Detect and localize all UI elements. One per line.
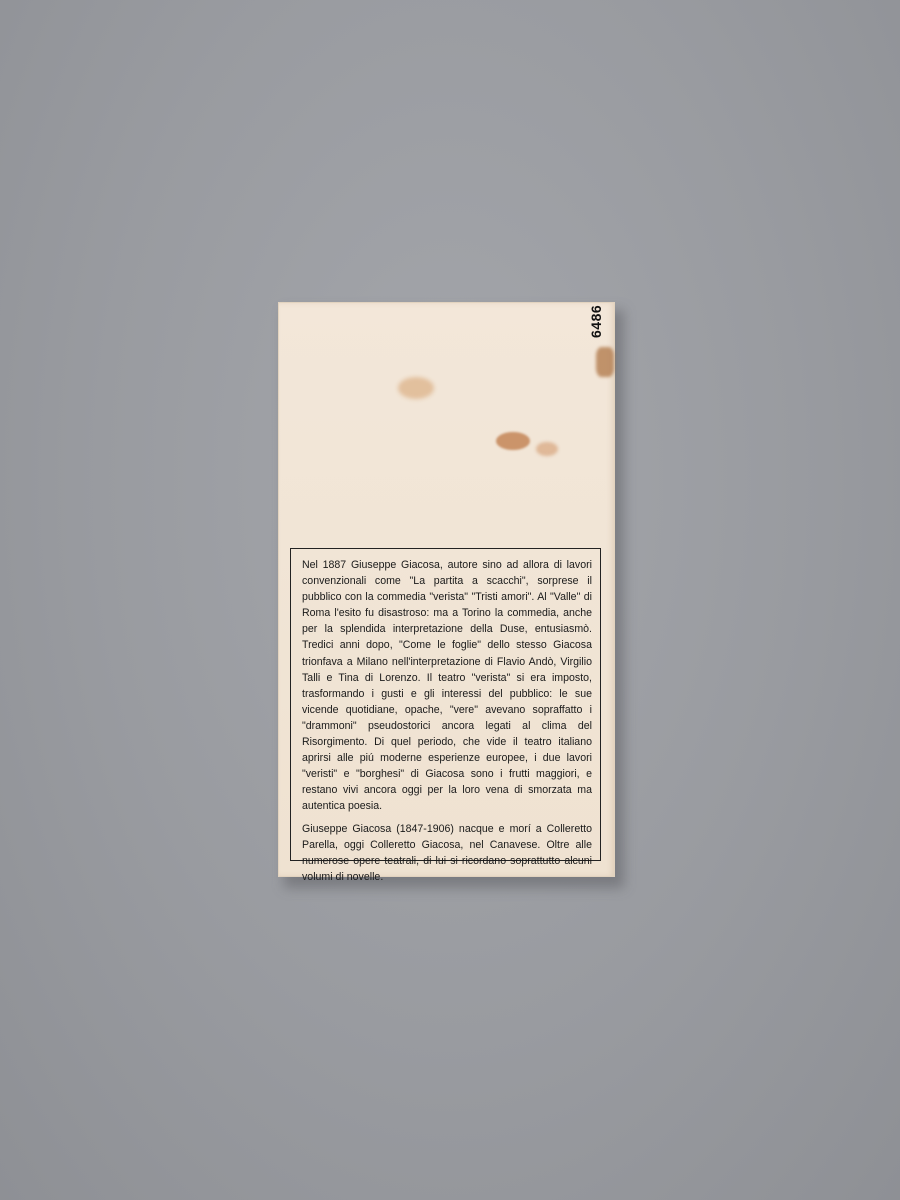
book-back-cover: 6486 Nel 1887 Giuseppe Giacosa, autore s… bbox=[278, 302, 615, 877]
catalog-number: 6486 bbox=[588, 305, 604, 338]
blurb-paragraph-1: Nel 1887 Giuseppe Giacosa, autore sino a… bbox=[302, 557, 592, 815]
blurb-box: Nel 1887 Giuseppe Giacosa, autore sino a… bbox=[290, 548, 601, 861]
stain bbox=[536, 442, 558, 456]
blurb-paragraph-2: Giuseppe Giacosa (1847-1906) nacque e mo… bbox=[302, 821, 592, 885]
stain bbox=[496, 432, 530, 450]
stain bbox=[596, 347, 614, 377]
stain bbox=[398, 377, 434, 399]
